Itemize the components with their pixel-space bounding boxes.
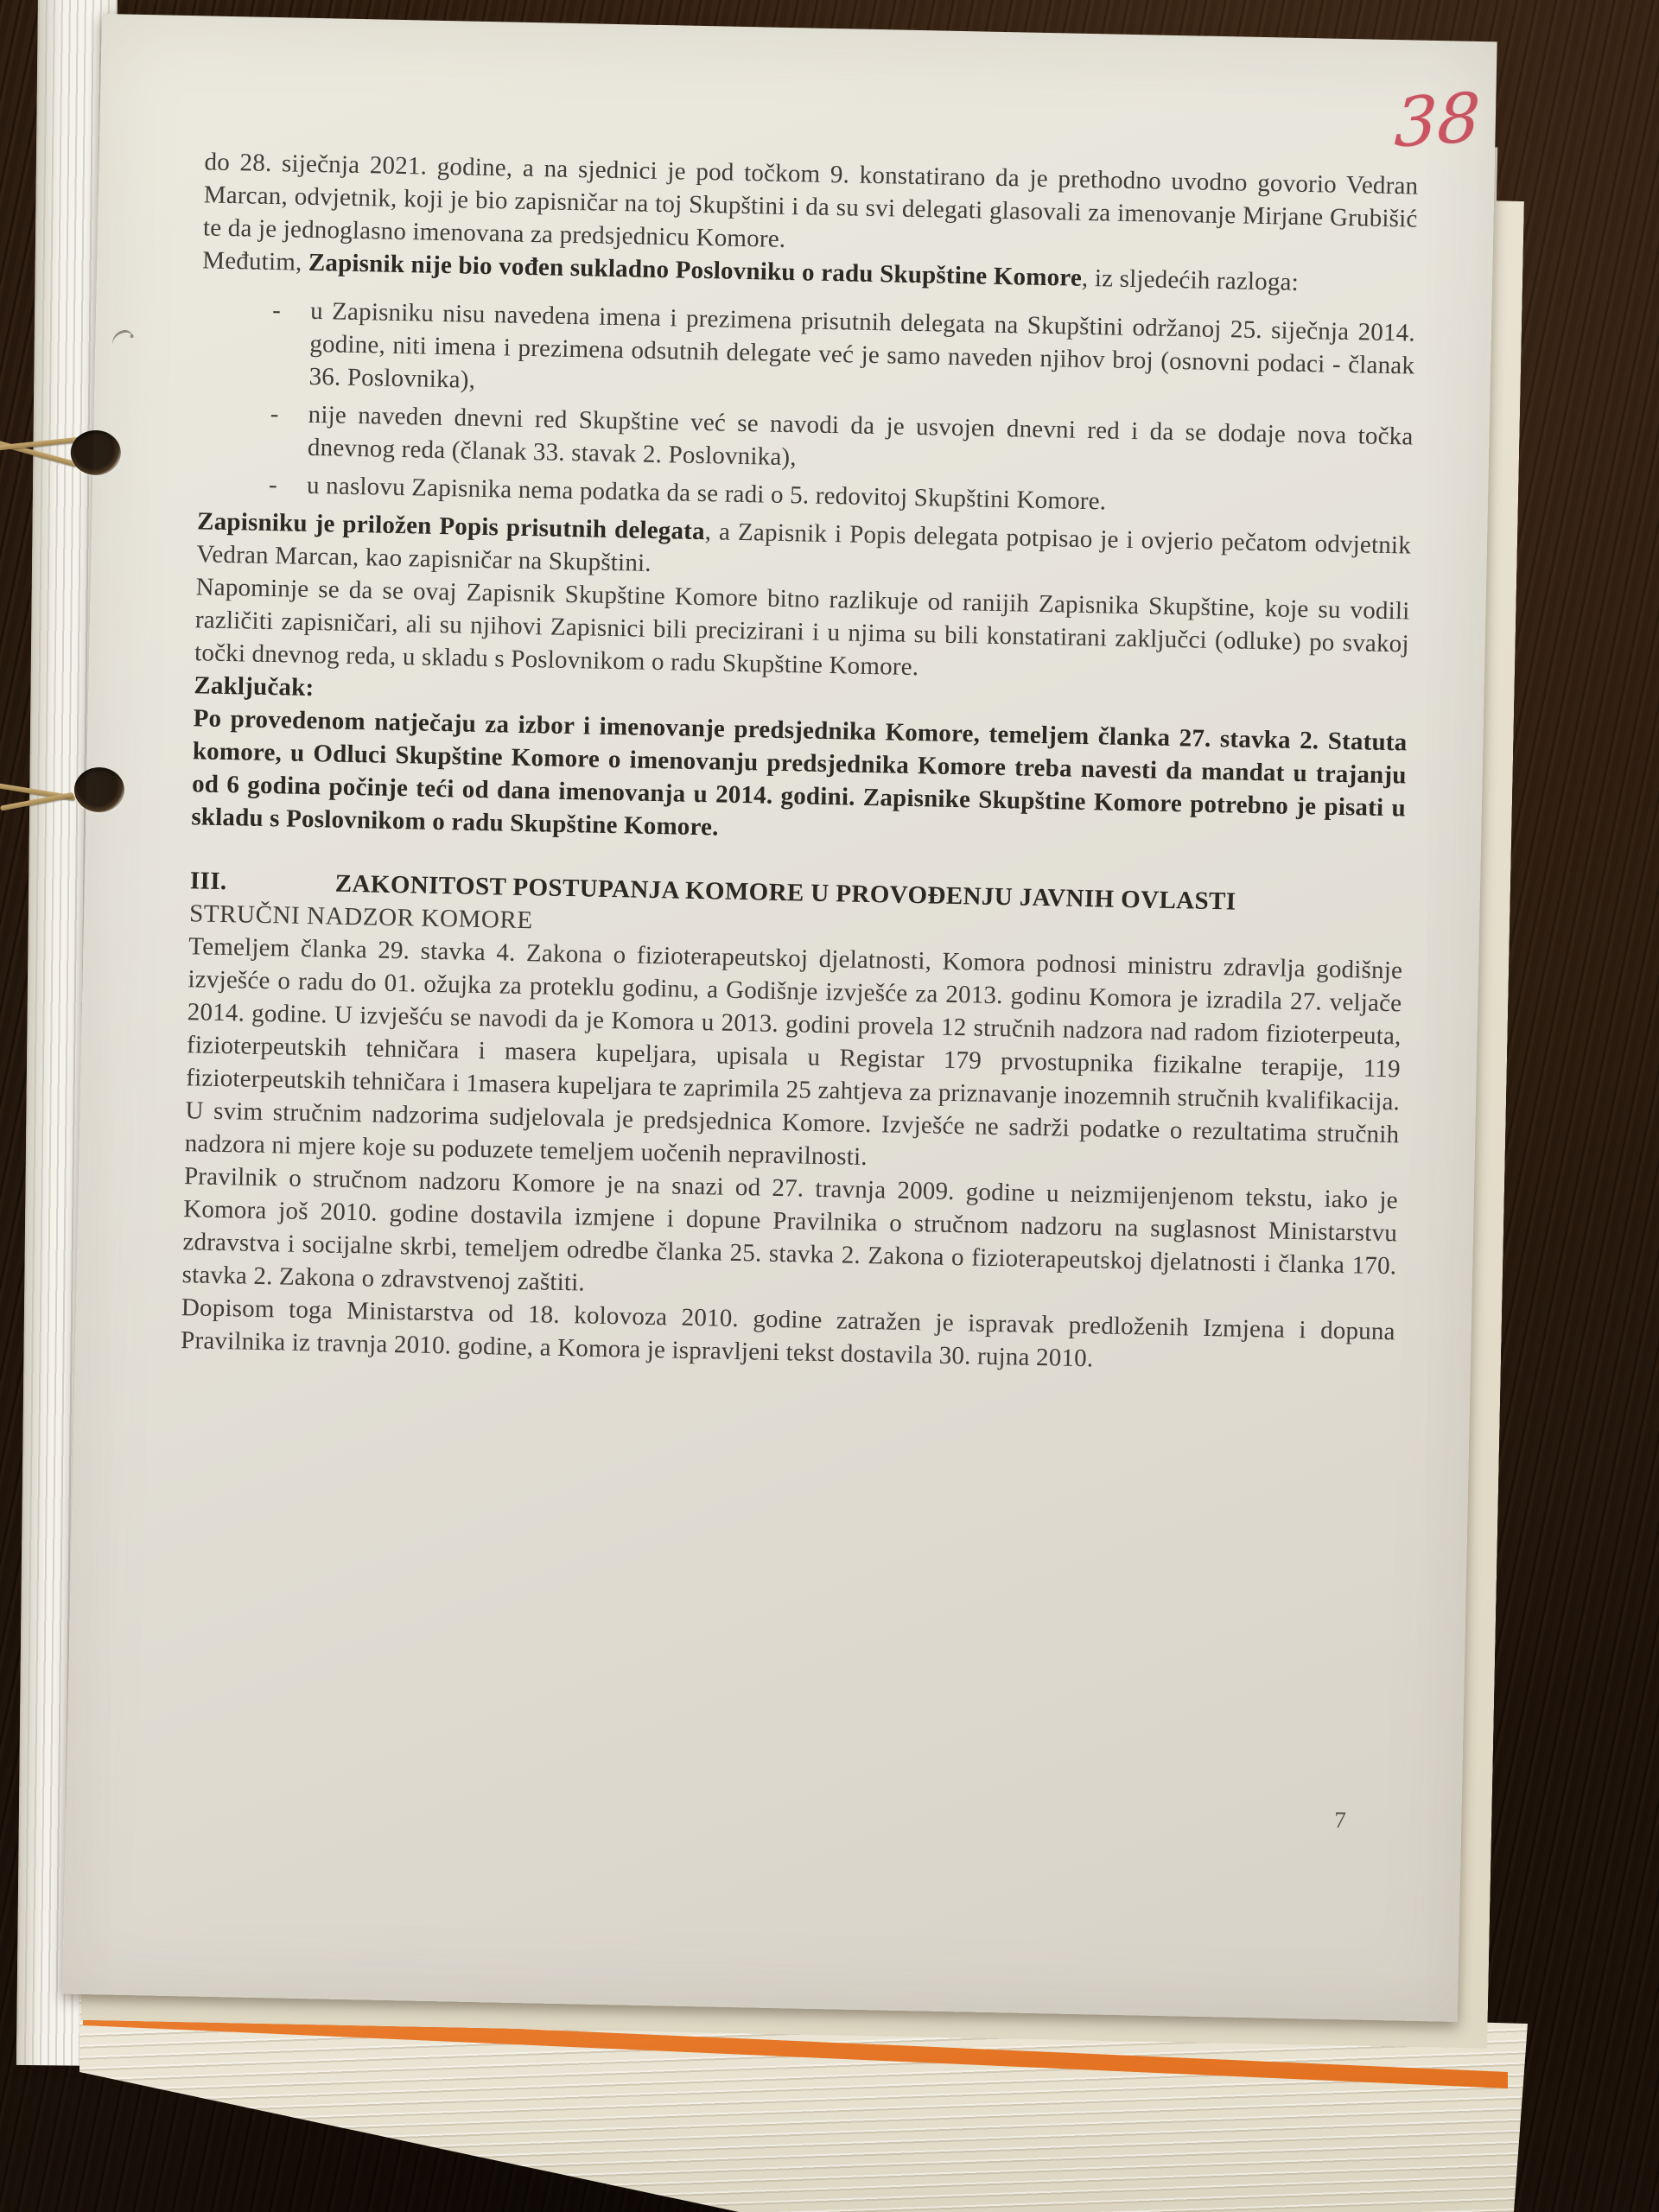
dash-bullet: - (270, 294, 310, 393)
paragraph-text: , iz sljedećih razloga: (1082, 264, 1300, 296)
paragraph-text: do 28. siječnja 2021. godine, a na sjedn… (203, 148, 1419, 253)
document-page: 38 do 28. siječnja 2021. godine, a na sj… (62, 14, 1497, 2022)
paragraph-text: Pravilnik o stručnom nadzoru Komore je n… (181, 1162, 1398, 1296)
section-number: III. (190, 864, 336, 899)
paragraph-text: Po provedenom natječaju za izbor i imeno… (191, 704, 1408, 841)
paragraph-conclusion: Po provedenom natječaju za izbor i imeno… (191, 702, 1408, 857)
page-number: 7 (1334, 1807, 1346, 1834)
dash-bullet: - (270, 397, 309, 464)
list-item: - u Zapisniku nisu navedena imena i prez… (200, 292, 1415, 415)
dash-bullet: - (269, 468, 308, 502)
document-page-group: 38 do 28. siječnja 2021. godine, a na sj… (62, 14, 1497, 2022)
paragraph-annual-report: Temeljem članka 29. stavka 4. Zakona o f… (184, 930, 1402, 1184)
list-item-text: u Zapisniku nisu navedena imena i prezim… (308, 295, 1415, 416)
reasons-list: - u Zapisniku nisu navedena imena i prez… (198, 292, 1416, 524)
page-text: do 28. siječnja 2021. godine, a na sjedn… (75, 14, 1497, 1382)
paragraph-text: Temeljem članka 29. stavka 4. Zakona o f… (184, 932, 1402, 1171)
paragraph-text: Međutim, (202, 246, 308, 276)
bold-statement: Zapisniku je priložen Popis prisutnih de… (197, 507, 705, 545)
paragraph-pravilnik: Pravilnik o stručnom nadzoru Komore je n… (181, 1160, 1398, 1315)
